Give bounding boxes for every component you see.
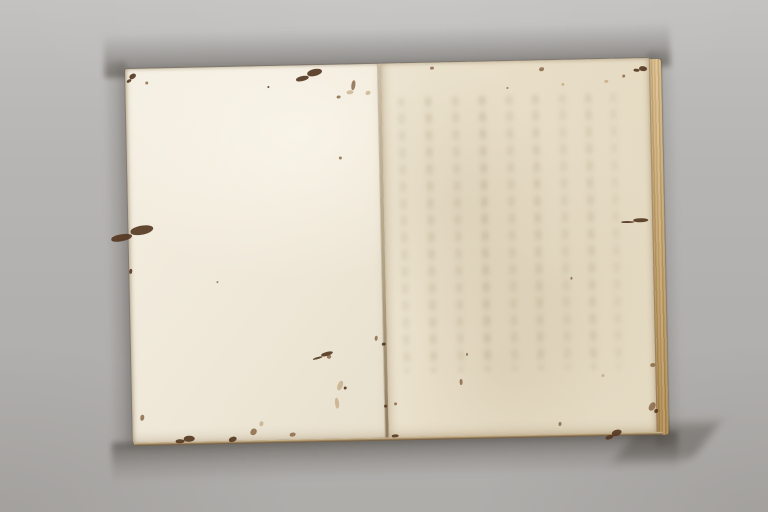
bleedthrough-column (452, 96, 465, 373)
bleedthrough-column (506, 95, 519, 372)
bleedthrough-layer (382, 92, 656, 374)
right-page (381, 58, 657, 438)
bleedthrough-column (559, 93, 572, 370)
bleedthrough-column (585, 93, 598, 370)
bleedthrough-column (532, 94, 545, 371)
photograph-frame (0, 0, 768, 512)
open-book (125, 58, 657, 443)
bleedthrough-column (425, 96, 438, 373)
bleedthrough-column (398, 97, 411, 374)
bleedthrough-column (479, 95, 492, 372)
bleedthrough-column (610, 92, 623, 369)
left-page (125, 64, 386, 443)
